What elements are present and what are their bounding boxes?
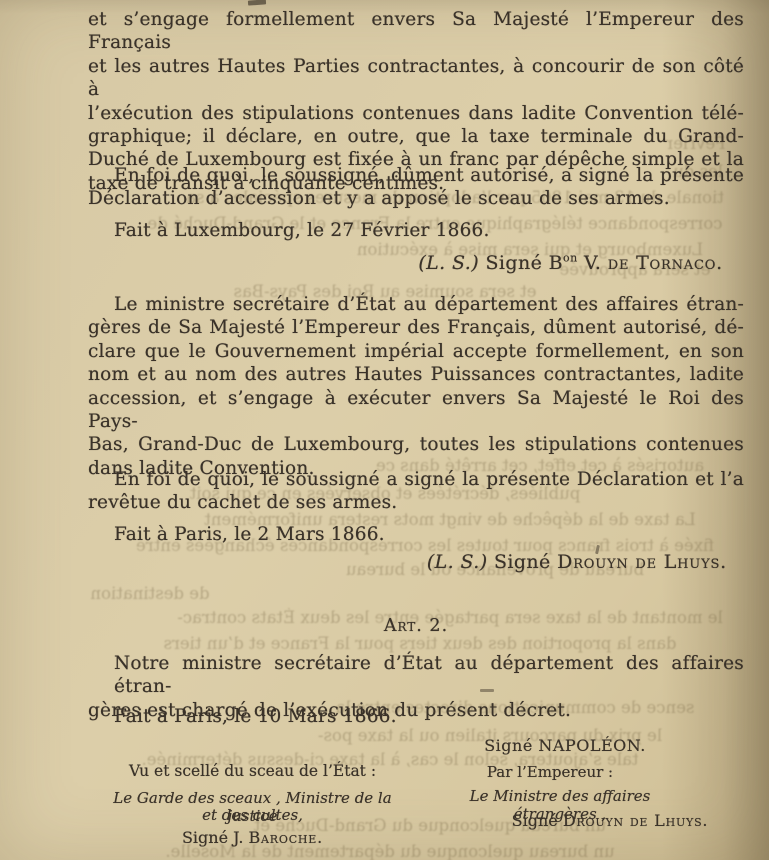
text-line: gères de Sa Majesté l’Empereur des Franç… bbox=[88, 316, 744, 339]
signer-name: NAPOLÉON. bbox=[538, 736, 645, 755]
text-line: clare que le Gouvernement impérial accep… bbox=[88, 340, 744, 363]
signer-initial: V. bbox=[584, 252, 601, 274]
dateline-paris-10-mars: Fait à Paris, le 10 Mars 1866. bbox=[88, 706, 769, 727]
signed-label: Signé B bbox=[486, 252, 564, 274]
paragraph-en-foi-luxembourg: En foi de quoi, le soussigné, dûment aut… bbox=[88, 164, 744, 211]
signed-label: Signé bbox=[484, 736, 533, 755]
paragraph-en-foi-paris: En foi de quoi, le soussigné a signé la … bbox=[88, 468, 744, 515]
text-line: En foi de quoi, le soussigné a signé la … bbox=[88, 468, 744, 491]
scanned-document-page: Février les du tionale du 13 mai 1865 pa… bbox=[0, 0, 769, 860]
dateline-luxembourg: Fait à Luxembourg, le 27 Février 1866. bbox=[88, 220, 769, 241]
text-line: revêtue du cachet de ses armes. bbox=[88, 491, 744, 514]
text-line: graphique; il déclare, en outre, que la … bbox=[88, 125, 744, 148]
text-line: Bas, Grand-Duc de Luxembourg, toutes les… bbox=[88, 433, 744, 456]
dateline-paris-2-mars: Fait à Paris, le 2 Mars 1866. bbox=[88, 524, 769, 545]
garde-des-sceaux-title-line2: et des cultes, bbox=[95, 806, 410, 824]
seal-mark: (L. S.) bbox=[418, 252, 479, 274]
text-line: En foi de quoi, le soussigné, dûment aut… bbox=[88, 164, 744, 187]
signed-label: Signé bbox=[512, 811, 558, 830]
signature-tornaco: (L. S.) Signé Bon V. de Tornaco. bbox=[88, 252, 744, 274]
baron-superscript: on bbox=[563, 252, 578, 265]
signer-name: Baroche. bbox=[249, 828, 324, 847]
text-line: l’exécution des stipulations contenues d… bbox=[88, 102, 744, 125]
signature-baroche: Signé J. Baroche. bbox=[95, 828, 410, 847]
signature-napoleon: Signé NAPOLÉON. bbox=[460, 736, 670, 755]
text-line: Déclaration d’accession et y a apposé le… bbox=[88, 187, 744, 210]
signed-label: Signé J. bbox=[182, 828, 243, 847]
text-line: nom et au nom des autres Hautes Puissanc… bbox=[88, 363, 744, 386]
text-line: Notre ministre secrétaire d’État au dépa… bbox=[88, 652, 744, 699]
signature-drouyn: (L. S.) Signé Drouyn de Lhuys. bbox=[88, 551, 744, 573]
text-line: et les autres Hautes Parties contractant… bbox=[88, 55, 744, 102]
signed-label: Signé bbox=[494, 551, 551, 573]
paragraph-minister-acceptance: Le ministre secrétaire d’État au départe… bbox=[88, 293, 744, 480]
signer-name: de Tornaco. bbox=[608, 252, 723, 274]
text-line: Le ministre secrétaire d’État au départe… bbox=[88, 293, 744, 316]
seal-mark: (L. S.) bbox=[427, 551, 488, 573]
scan-artifact bbox=[480, 689, 494, 692]
bleedthrough-text: de destination bbox=[55, 584, 245, 606]
text-line: et s’engage formellement envers Sa Majes… bbox=[88, 8, 744, 55]
article-2-heading: Art. 2. bbox=[88, 616, 744, 636]
signer-name: Drouyn de Lhuys. bbox=[557, 551, 727, 573]
par-empereur-label: Par l’Empereur : bbox=[460, 763, 640, 781]
signature-drouyn-countersign: Signé Drouyn de Lhuys. bbox=[470, 811, 750, 830]
scan-artifact bbox=[248, 0, 266, 6]
text-line: accession, et s’engage à exécuter envers… bbox=[88, 387, 744, 434]
signer-name: Drouyn de Lhuys. bbox=[563, 811, 708, 830]
seal-statement-line: Vu et scellé du sceau de l’État : bbox=[95, 762, 410, 780]
